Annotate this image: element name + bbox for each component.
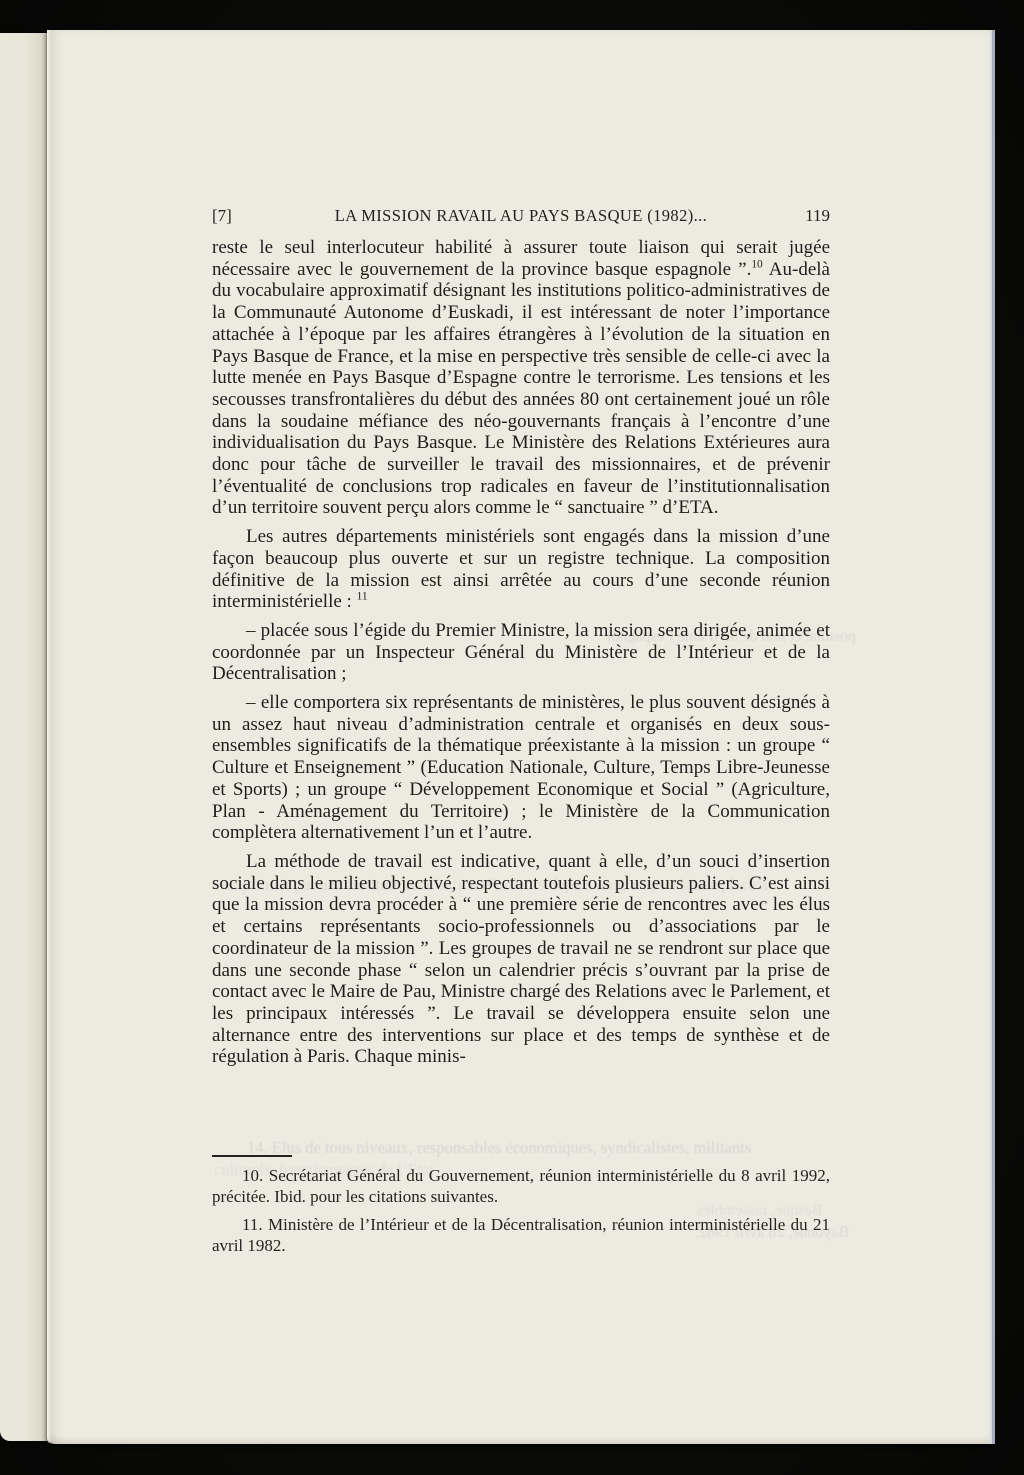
previous-page-edge [0,33,47,1441]
section-marker: [7] [212,206,282,226]
paragraph-1-continuation: Au-delà du vocabulaire approximatif dési… [212,259,830,519]
scanner-background: postulat et non de lui d’âme l’espagnol … [0,0,1024,1475]
footnotes: 10. Secrétariat Général du Gouvernement,… [212,1165,830,1256]
footnote-separator [212,1155,292,1157]
body-text: reste le seul interlocuteur habilité à a… [212,237,830,1068]
footnote-ref-11: 11 [357,591,368,603]
paragraph-4-dash-item: – elle comportera six représentants de m… [212,692,830,844]
book-page: postulat et non de lui d’âme l’espagnol … [47,30,990,1444]
page-number: 119 [760,206,830,226]
paragraph-5: La méthode de travail est indicative, qu… [212,851,830,1068]
paragraph-3-dash-item: – placée sous l’égide du Premier Ministr… [212,620,830,685]
paragraph-1: reste le seul interlocuteur habilité à a… [212,237,830,519]
paragraph-2-text: Les autres départements ministériels son… [212,526,830,612]
footnote-11: 11. Ministère de l’Intérieur et de la Dé… [212,1214,830,1256]
paragraph-1-text: reste le seul interlocuteur habilité à a… [212,237,830,280]
footnote-ref-10: 10 [751,258,762,270]
footnote-10: 10. Secrétariat Général du Gouvernement,… [212,1165,830,1207]
running-title: LA MISSION RAVAIL AU PAYS BASQUE (1982).… [282,206,760,226]
ghost-text: 14. Elus de tous niveaux, responsables é… [247,1138,751,1158]
paragraph-2: Les autres départements ministériels son… [212,526,830,613]
running-head: [7] LA MISSION RAVAIL AU PAYS BASQUE (19… [212,206,830,226]
